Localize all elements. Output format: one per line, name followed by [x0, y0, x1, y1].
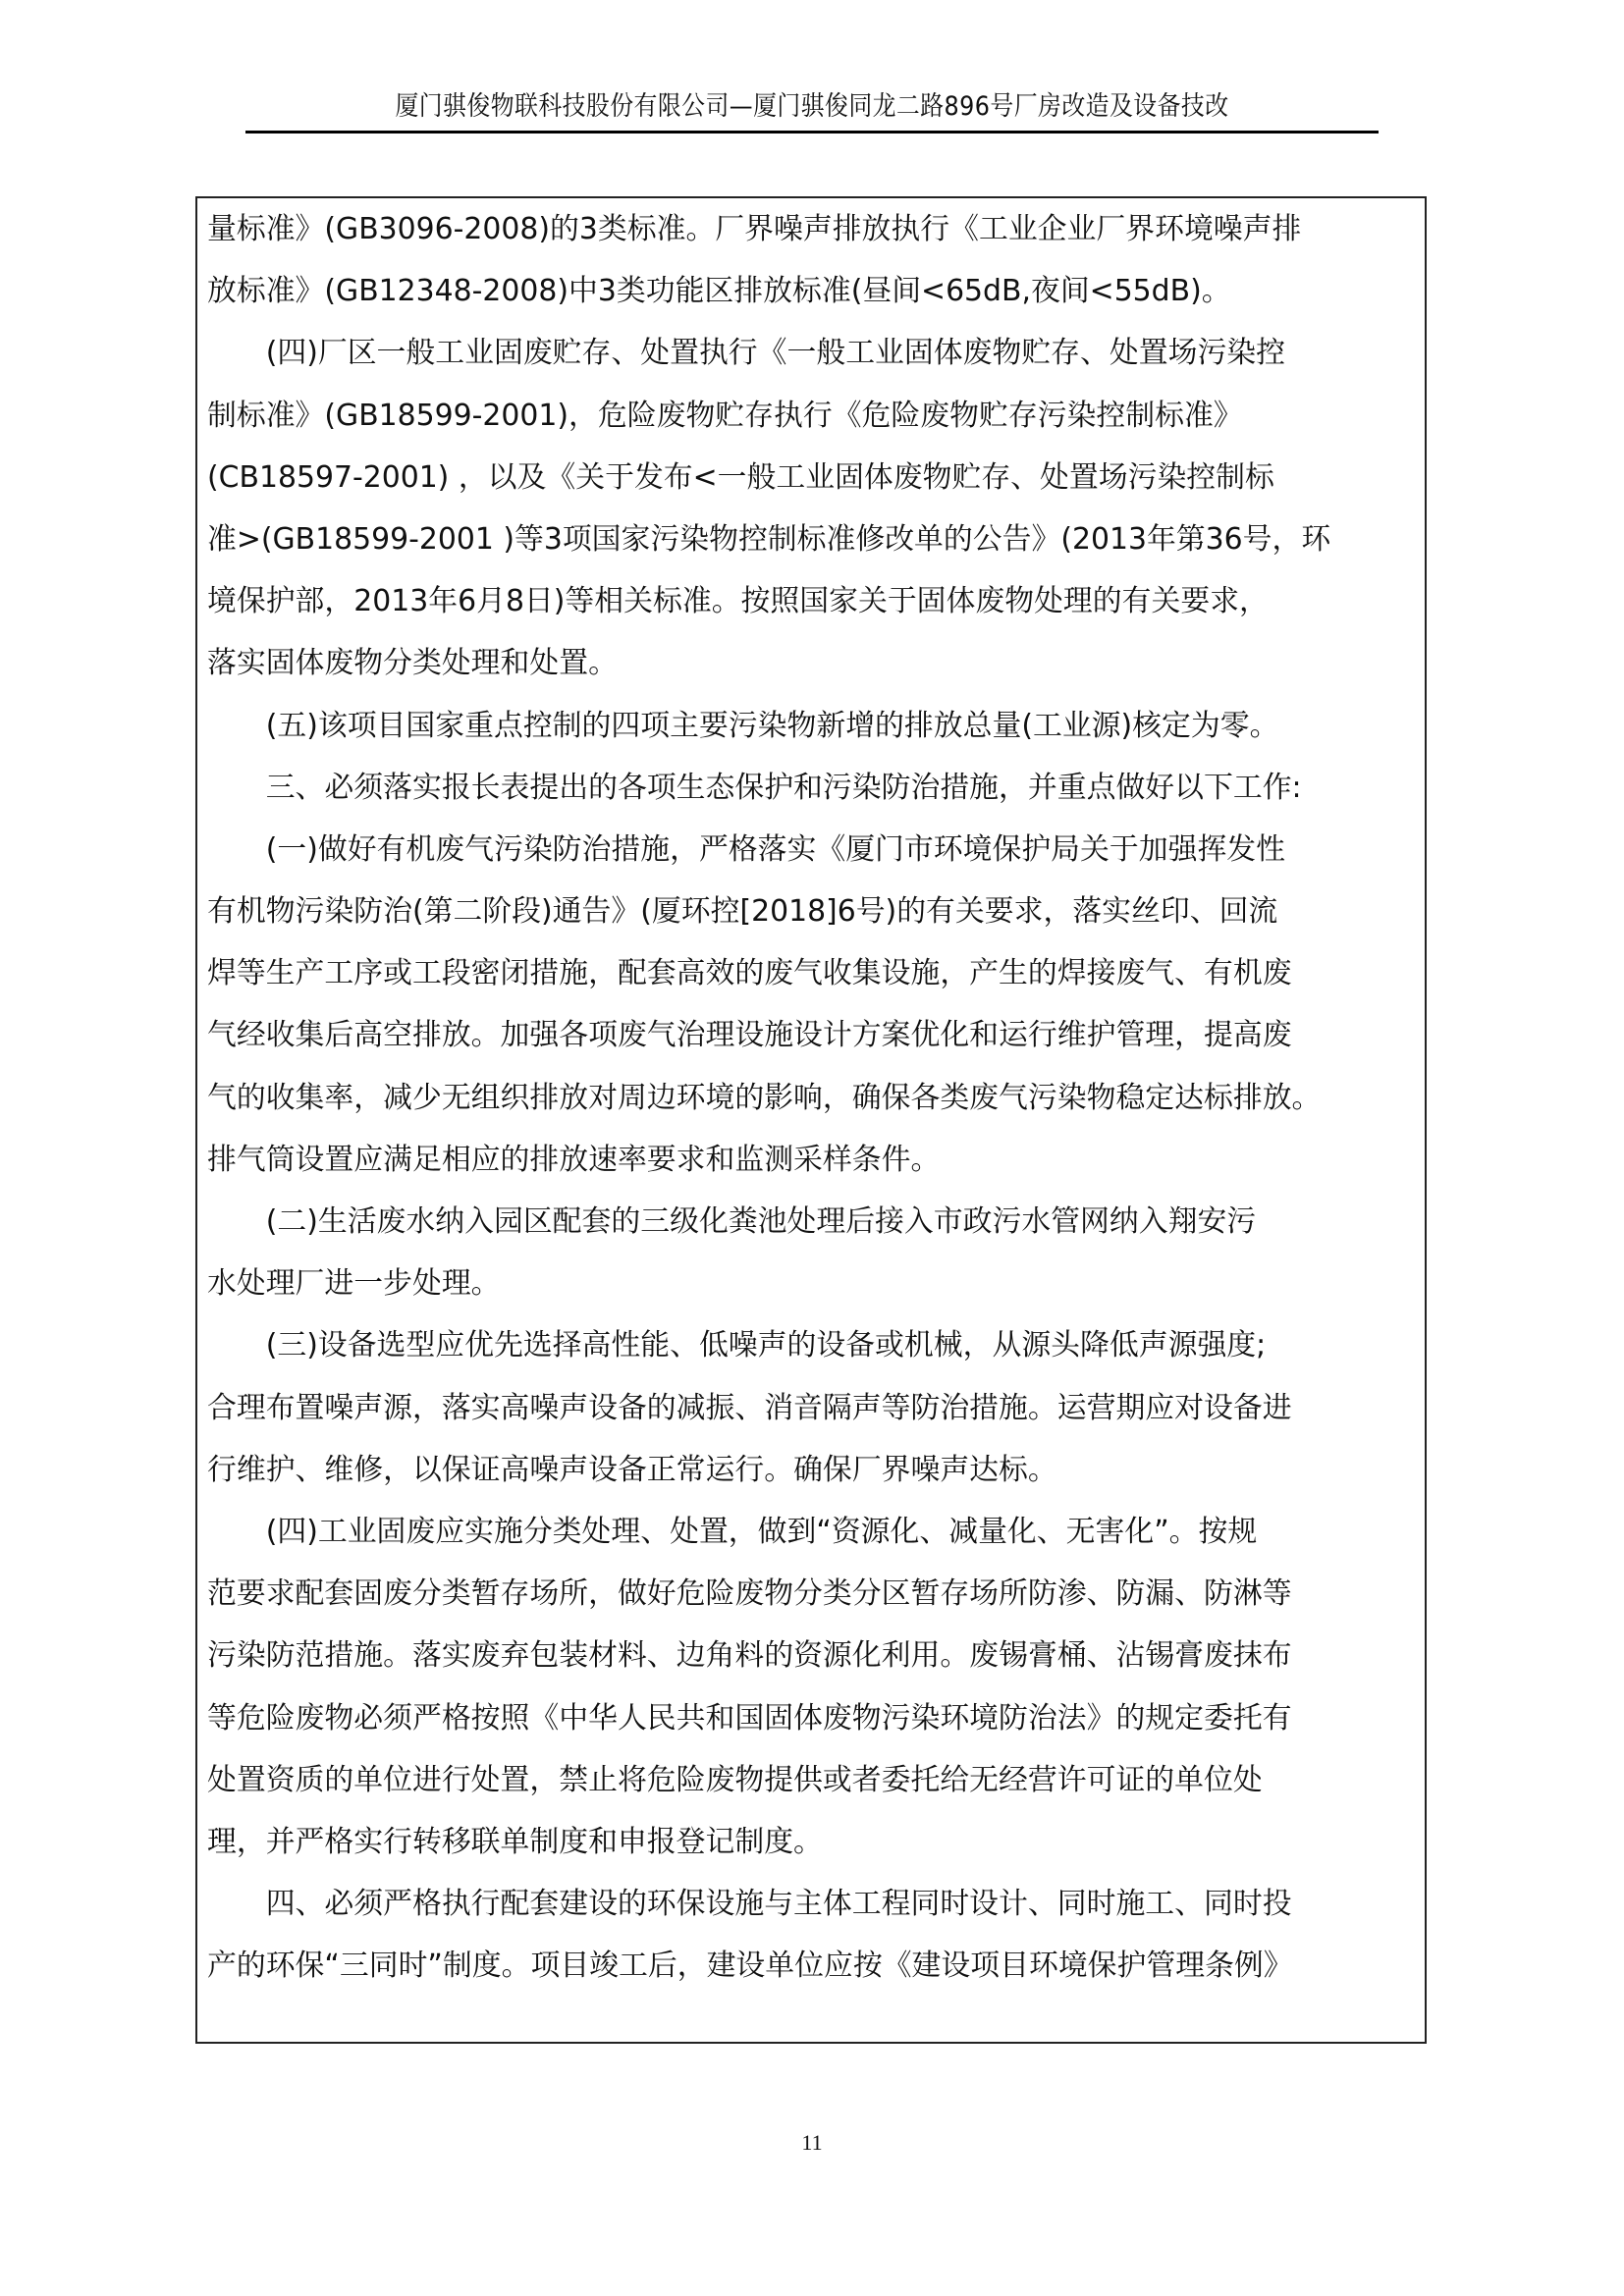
text-line: 气的收集率，减少无组织排放对周边环境的影响，确保各类废气污染物稳定达标排放。	[207, 1067, 1413, 1129]
text-line: 四、必须严格执行配套建设的环保设施与主体工程同时设计、同时施工、同时投	[207, 1873, 1413, 1935]
text-line: 气经收集后高空排放。加强各项废气治理设施设计方案优化和运行维护管理，提高废	[207, 1004, 1413, 1066]
text-line: 排气筒设置应满足相应的排放速率要求和监测采样条件。	[207, 1129, 1413, 1191]
text-line: 合理布置噪声源，落实高噪声设备的减振、消音隔声等防治措施。运营期应对设备进	[207, 1377, 1413, 1439]
content-table-cell: 量标准》(GB3096-2008)的3类标准。厂界噪声排放执行《工业企业厂界环境…	[195, 196, 1427, 2044]
text-line: 污染防范措施。落实废弃包装材料、边角料的资源化利用。废锡膏桶、沾锡膏废抹布	[207, 1625, 1413, 1686]
text-line: (三)设备选型应优先选择高性能、低噪声的设备或机械，从源头降低声源强度;	[207, 1314, 1413, 1376]
text-line: (CB18597-2001) ，以及《关于发布<一般工业固体废物贮存、处置场污染…	[207, 447, 1413, 508]
page-header: 厦门骐俊物联科技股份有限公司—厦门骐俊同龙二路896号厂房改造及设备技改	[245, 90, 1379, 133]
document-title: 厦门骐俊物联科技股份有限公司—厦门骐俊同龙二路896号厂房改造及设备技改	[311, 90, 1313, 124]
text-line: 境保护部，2013年6月8日)等相关标准。按照国家关于固体废物处理的有关要求，	[207, 570, 1413, 632]
text-line: 行维护、维修，以保证高噪声设备正常运行。确保厂界噪声达标。	[207, 1439, 1413, 1501]
text-line: 准>(GB18599-2001 )等3项国家污染物控制标准修改单的公告》(201…	[207, 508, 1413, 570]
text-line: 处置资质的单位进行处置，禁止将危险废物提供或者委托给无经营许可证的单位处	[207, 1749, 1413, 1811]
text-line: 水处理厂进一步处理。	[207, 1253, 1413, 1314]
text-line: 理，并严格实行转移联单制度和申报登记制度。	[207, 1811, 1413, 1873]
text-line: (四)工业固废应实施分类处理、处置，做到“资源化、减量化、无害化”。按规	[207, 1501, 1413, 1563]
text-line: 等危险废物必须严格按照《中华人民共和国固体废物污染环境防治法》的规定委托有	[207, 1687, 1413, 1749]
text-line: 量标准》(GB3096-2008)的3类标准。厂界噪声排放执行《工业企业厂界环境…	[207, 198, 1413, 260]
text-line: 制标准》(GB18599-2001)，危险废物贮存执行《危险废物贮存污染控制标准…	[207, 385, 1413, 447]
text-line: 三、必须落实报长表提出的各项生态保护和污染防治措施，并重点做好以下工作:	[207, 757, 1413, 819]
text-line: (二)生活废水纳入园区配套的三级化粪池处理后接入市政污水管网纳入翔安污	[207, 1191, 1413, 1253]
body-text: 量标准》(GB3096-2008)的3类标准。厂界噪声排放执行《工业企业厂界环境…	[207, 198, 1419, 1997]
text-line: (五)该项目国家重点控制的四项主要污染物新增的排放总量(工业源)核定为零。	[207, 695, 1413, 757]
text-line: 范要求配套固废分类暂存场所，做好危险废物分类分区暂存场所防渗、防漏、防淋等	[207, 1563, 1413, 1625]
text-line: 有机物污染防治(第二阶段)通告》(厦环控[2018]6号)的有关要求，落实丝印、…	[207, 881, 1413, 942]
page-number: 11	[0, 2130, 1624, 2156]
text-line: 落实固体废物分类处理和处置。	[207, 632, 1413, 694]
header-rule	[245, 131, 1379, 133]
text-line: 产的环保“三同时”制度。项目竣工后，建设单位应按《建设项目环境保护管理条例》	[207, 1935, 1413, 1997]
text-line: (四)厂区一般工业固废贮存、处置执行《一般工业固体废物贮存、处置场污染控	[207, 322, 1413, 384]
text-line: 放标准》(GB12348-2008)中3类功能区排放标准(昼间<65dB,夜间<…	[207, 260, 1413, 322]
text-line: (一)做好有机废气污染防治措施，严格落实《厦门市环境保护局关于加强挥发性	[207, 819, 1413, 881]
text-line: 焊等生产工序或工段密闭措施，配套高效的废气收集设施，产生的焊接废气、有机废	[207, 942, 1413, 1004]
